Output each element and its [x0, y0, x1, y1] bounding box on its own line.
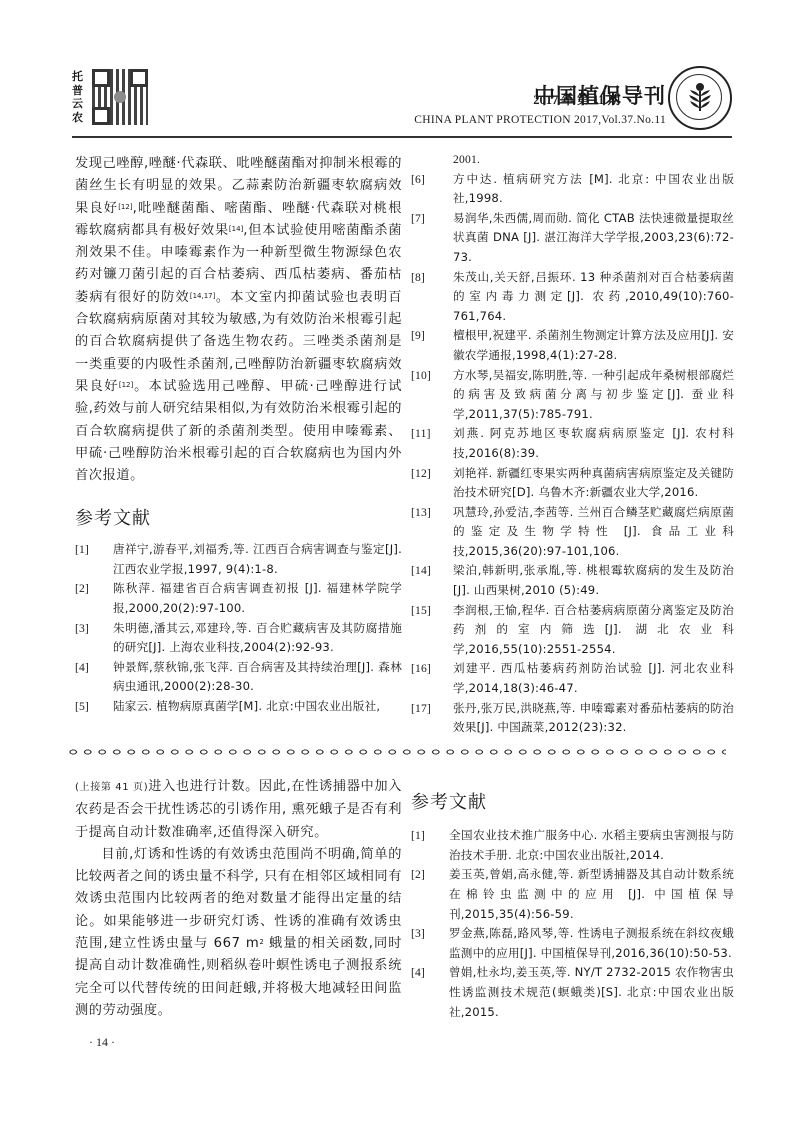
discussion-paragraph: 发现己唑醇,唑醚·代森联、吡唑醚菌酯对抑制米根霉的菌丝生长有明显的效果。乙蒜素防… — [75, 153, 402, 487]
reference-number: [2] — [411, 865, 425, 885]
reference-text: 钟景辉,蔡秋锦,张飞萍. 百合病害及其持续治理[J]. 森林病虫通讯,2000(… — [113, 660, 402, 694]
reference-item: [6]方中达. 植病研究方法 [M]. 北京: 中国农业出版社,1998. — [411, 170, 734, 209]
reference-item: [5]陆家云. 植物病原真菌学[M]. 北京:中国农业出版社, — [75, 697, 402, 717]
reference-number: [1] — [75, 540, 89, 560]
continued-from-note: (上接第 41 页) — [75, 782, 148, 793]
references-title: 参考文献 — [411, 792, 734, 814]
reference-item: [3]朱明德,潘其云,邓建玲,等. 百合贮藏病害及其防腐措施的研究[J]. 上海… — [75, 619, 402, 658]
reference-number: [3] — [75, 619, 89, 639]
reference-text: 刘艳祥. 新疆红枣果实两种真菌病害病原鉴定及关键防治技术研究[D]. 乌鲁木齐:… — [453, 466, 734, 500]
citation: [12] — [119, 381, 133, 389]
reference-text: 陆家云. 植物病原真菌学[M]. 北京:中国农业出版社, — [113, 699, 380, 713]
reference-item: [1]全国农业技术推广服务中心. 水稻主要病虫害测报与防治技术手册. 北京:中国… — [411, 826, 734, 865]
qr-code-icon — [92, 69, 148, 125]
reference-item: [4]钟景辉,蔡秋锦,张飞萍. 百合病害及其持续治理[J]. 森林病虫通讯,20… — [75, 658, 402, 697]
reference-continuation: 2001. — [411, 150, 734, 170]
reference-item: [1]唐祥宁,游春平,刘福秀,等. 江西百合病害调查与鉴定[J]. 江西农业学报… — [75, 540, 402, 579]
reference-item: [2]陈秋萍. 福建省百合病害调查初报 [J]. 福建林学院学报,2000,20… — [75, 579, 402, 618]
article-divider — [66, 748, 726, 756]
reference-text: 刘燕. 阿克苏地区枣软腐病病原鉴定 [J]. 农村科技,2016(8):39. — [453, 426, 734, 460]
text-span: 。本试验选用己唑醇、甲硫·己唑醇进行试验,药效与前人研究结果相似,为有效防治米根… — [75, 379, 402, 483]
reference-number: [10] — [411, 366, 431, 386]
reference-text: 曾娟,杜永均,姜玉英,等. NY/T 2732-2015 农作物害虫性诱监测技术… — [449, 965, 734, 1018]
reference-item: [17]张丹,张万民,洪晓燕,等. 申嗪霉素对番茄枯萎病的防治效果[J]. 中国… — [411, 699, 734, 738]
reference-text: 易润华,朱西儒,周而勋. 简化 CTAB 法快速微量提取丝状真菌 DNA [J]… — [453, 211, 734, 264]
reference-number: [2] — [75, 579, 89, 599]
reference-number: [17] — [411, 699, 431, 719]
reference-text: 朱茂山,关天舒,吕振环. 13 种杀菌剂对百合枯萎病菌的室内毒力测定[J]. 农… — [453, 270, 734, 323]
reference-number: [9] — [411, 326, 425, 346]
reference-number: [7] — [411, 209, 425, 229]
reference-number: [4] — [411, 963, 425, 983]
reference-text: 巩慧玲,孙爱洁,李茜等. 兰州百合鳞茎贮藏腐烂病原菌的鉴定及生物学特性 [J].… — [453, 505, 734, 558]
reference-item: [12]刘艳祥. 新疆红枣果实两种真菌病害病原鉴定及关键防治技术研究[D]. 乌… — [411, 464, 734, 503]
publisher-label: 托普云农 — [72, 70, 86, 124]
reference-number: [5] — [75, 697, 89, 717]
reference-number: [8] — [411, 268, 425, 288]
page-header: 托普云农 2017 年 第 11 期 中国植保导刊 CHINA PLANT PR… — [72, 66, 732, 136]
reference-list: 2001. [6]方中达. 植病研究方法 [M]. 北京: 中国农业出版社,19… — [411, 150, 734, 738]
reference-number: [4] — [75, 658, 89, 678]
reference-text: 梁泊,韩新明,张承胤,等. 桃根霉软腐病的发生及防治[J]. 山西果树,2010… — [453, 563, 734, 597]
reference-number: [15] — [411, 601, 431, 621]
reference-list: [1]唐祥宁,游春平,刘福秀,等. 江西百合病害调查与鉴定[J]. 江西农业学报… — [75, 540, 402, 716]
references-section-2: 参考文献 [1]全国农业技术推广服务中心. 水稻主要病虫害测报与防治技术手册. … — [411, 792, 734, 1022]
superscript: 2 — [259, 938, 263, 946]
reference-text: 姜玉英,曾娟,高永健,等. 新型诱捕器及其自动计数系统在棉铃虫监测中的应用 [J… — [449, 867, 734, 920]
reference-number: [3] — [411, 924, 425, 944]
reference-item: [9]檀根甲,祝建平. 杀菌剂生物测定计算方法及应用[J]. 安徽农学通报,19… — [411, 326, 734, 365]
reference-number: [12] — [411, 464, 431, 484]
reference-number: [1] — [411, 826, 425, 846]
citation: [14,17] — [190, 292, 216, 300]
continued-paragraph: (上接第 41 页)进入也进行计数。因此,在性诱捕器中加入农药是否会干扰性诱芯的… — [75, 776, 402, 844]
reference-item: [3]罗金燕,陈磊,路风琴,等. 性诱电子测报系统在斜纹夜蛾监测中的应用[J].… — [411, 924, 734, 963]
references-section-1: 参考文献 [1]唐祥宁,游春平,刘福秀,等. 江西百合病害调查与鉴定[J]. 江… — [75, 508, 402, 717]
discussion-column: 发现己唑醇,唑醚·代森联、吡唑醚菌酯对抑制米根霉的菌丝生长有明显的效果。乙蒜素防… — [75, 153, 402, 487]
reference-text: 刘建平. 西瓜枯萎病药剂防治试验 [J]. 河北农业科学,2014,18(3):… — [453, 661, 734, 695]
qr-center-logo — [114, 91, 126, 103]
reference-text: 朱明德,潘其云,邓建玲,等. 百合贮藏病害及其防腐措施的研究[J]. 上海农业科… — [113, 621, 402, 655]
conclusion-paragraph: 目前,灯诱和性诱的有效诱虫范围尚不明确,简单的比较两者之间的诱虫量不科学, 只有… — [75, 844, 402, 1022]
reference-number: [14] — [411, 561, 431, 581]
reference-number: [13] — [411, 503, 431, 523]
reference-text: 陈秋萍. 福建省百合病害调查初报 [J]. 福建林学院学报,2000,20(2)… — [113, 581, 402, 615]
references-continued: 2001. [6]方中达. 植病研究方法 [M]. 北京: 中国农业出版社,19… — [411, 150, 734, 738]
citation: [14] — [229, 225, 243, 233]
reference-item: [13]巩慧玲,孙爱洁,李茜等. 兰州百合鳞茎贮藏腐烂病原菌的鉴定及生物学特性 … — [411, 503, 734, 562]
reference-item: [11]刘燕. 阿克苏地区枣软腐病病原鉴定 [J]. 农村科技,2016(8):… — [411, 424, 734, 463]
reference-text: 张丹,张万民,洪晓燕,等. 申嗪霉素对番茄枯萎病的防治效果[J]. 中国蔬菜,2… — [453, 701, 734, 735]
reference-text: 方中达. 植病研究方法 [M]. 北京: 中国农业出版社,1998. — [453, 172, 734, 206]
qr-finder-pattern — [92, 107, 110, 125]
journal-emblem-icon — [668, 66, 732, 130]
reference-number: [11] — [411, 424, 431, 444]
journal-title-en: CHINA PLANT PROTECTION 2017,Vol.37.No.11 — [414, 114, 666, 126]
reference-item: [14]梁泊,韩新明,张承胤,等. 桃根霉软腐病的发生及防治[J]. 山西果树,… — [411, 561, 734, 600]
reference-text: 李润根,王愉,程华. 百合枯萎病病原菌分离鉴定及防治药剂的室内筛选[J]. 湖北… — [453, 603, 734, 656]
reference-text: 檀根甲,祝建平. 杀菌剂生物测定计算方法及应用[J]. 安徽农学通报,1998,… — [453, 328, 734, 362]
reference-item: [16]刘建平. 西瓜枯萎病药剂防治试验 [J]. 河北农业科学,2014,18… — [411, 659, 734, 698]
conclusion-column: (上接第 41 页)进入也进行计数。因此,在性诱捕器中加入农药是否会干扰性诱芯的… — [75, 776, 402, 1022]
reference-text: 全国农业技术推广服务中心. 水稻主要病虫害测报与防治技术手册. 北京:中国农业出… — [449, 828, 734, 862]
references-title: 参考文献 — [75, 508, 402, 530]
journal-title-cn: 中国植保导刊 — [534, 80, 666, 110]
reference-text: 2001. — [453, 153, 480, 166]
reference-text: 罗金燕,陈磊,路风琴,等. 性诱电子测报系统在斜纹夜蛾监测中的应用[J]. 中国… — [449, 926, 734, 960]
reference-item: [7]易润华,朱西儒,周而勋. 简化 CTAB 法快速微量提取丝状真菌 DNA … — [411, 209, 734, 268]
reference-item: [15]李润根,王愉,程华. 百合枯萎病病原菌分离鉴定及防治药剂的室内筛选[J]… — [411, 601, 734, 660]
citation: [12] — [118, 203, 132, 211]
reference-item: [8]朱茂山,关天舒,吕振环. 13 种杀菌剂对百合枯萎病菌的室内毒力测定[J]… — [411, 268, 734, 327]
wheat-sprout-icon — [688, 82, 712, 112]
reference-number: [6] — [411, 170, 425, 190]
page-number: · 14 · — [89, 1035, 115, 1050]
reference-text: 唐祥宁,游春平,刘福秀,等. 江西百合病害调查与鉴定[J]. 江西农业学报,19… — [113, 542, 402, 576]
reference-list: [1]全国农业技术推广服务中心. 水稻主要病虫害测报与防治技术手册. 北京:中国… — [411, 826, 734, 1022]
header-rule — [72, 136, 732, 138]
reference-item: [2]姜玉英,曾娟,高永健,等. 新型诱捕器及其自动计数系统在棉铃虫监测中的应用… — [411, 865, 734, 924]
reference-item: [10]方水琴,吴福安,陈明胜,等. 一种引起成年桑树根部腐烂的病害及致病菌分离… — [411, 366, 734, 425]
reference-item: [4]曾娟,杜永均,姜玉英,等. NY/T 2732-2015 农作物害虫性诱监… — [411, 963, 734, 1022]
reference-text: 方水琴,吴福安,陈明胜,等. 一种引起成年桑树根部腐烂的病害及致病菌分离与初步鉴… — [453, 368, 734, 421]
reference-number: [16] — [411, 659, 431, 679]
